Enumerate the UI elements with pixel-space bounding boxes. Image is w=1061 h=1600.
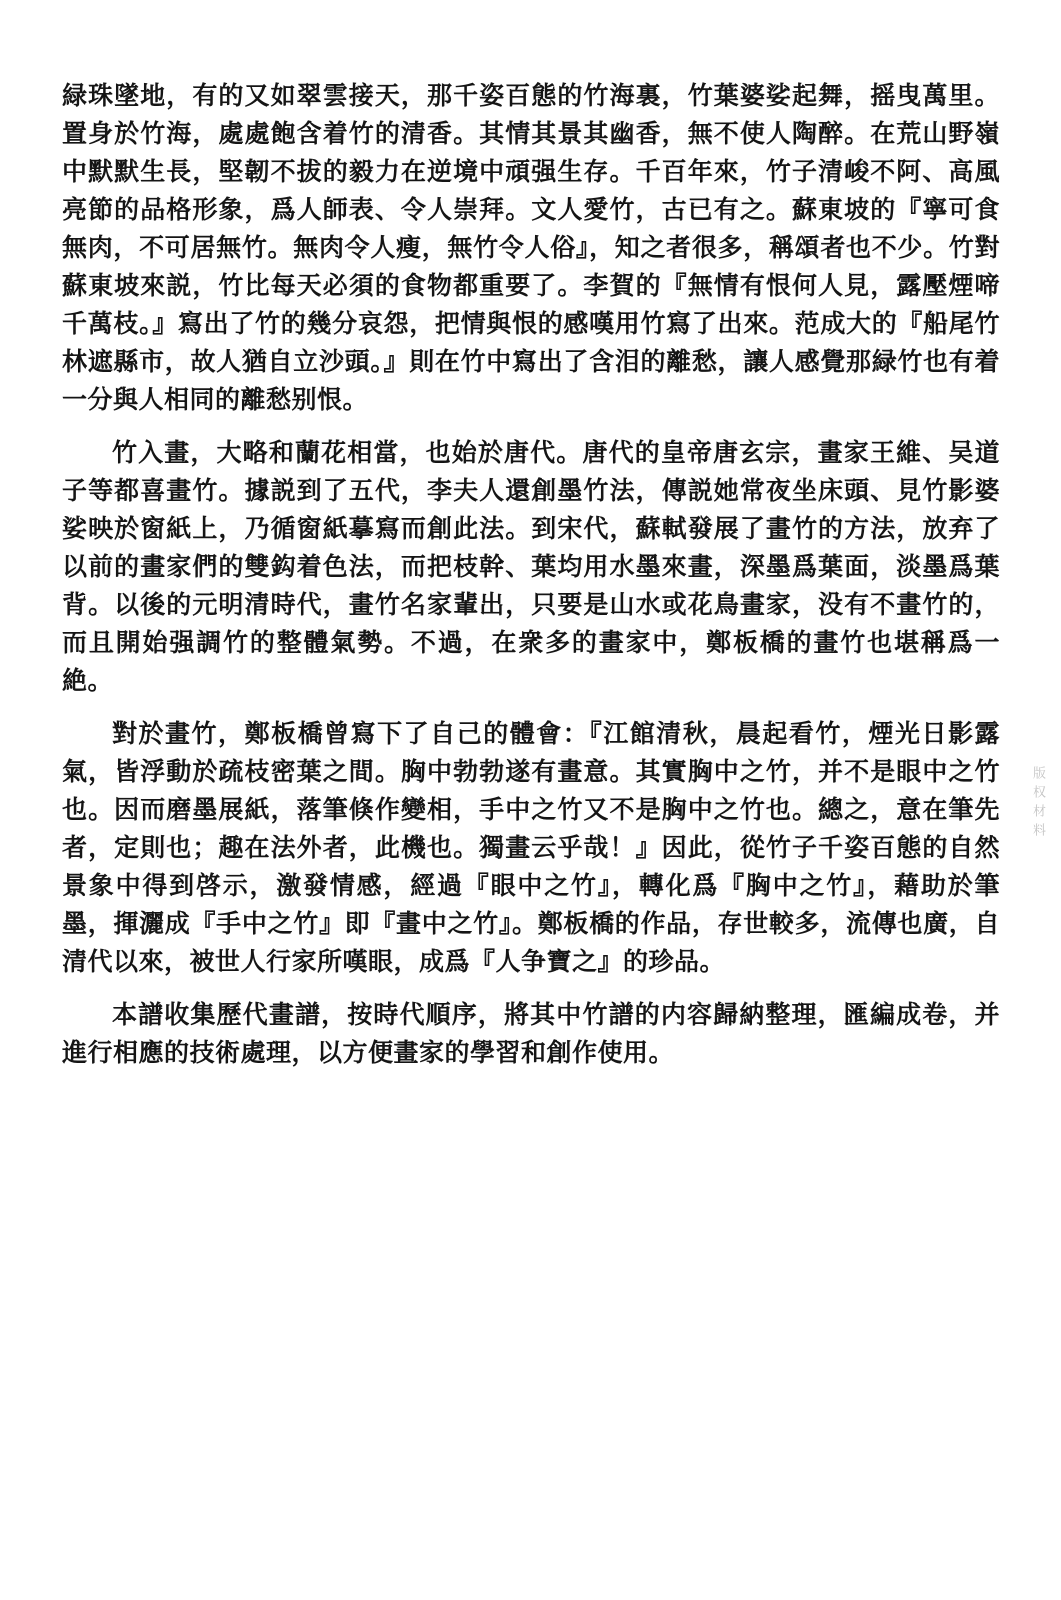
body-text: 緑珠墜地，有的又如翠雲接天，那千姿百態的竹海裏，竹葉婆娑起舞，摇曳萬里。置身於竹… xyxy=(62,77,1000,1087)
paragraph-2: 竹入畫，大略和蘭花相當，也始於唐代。唐代的皇帝唐玄宗，畫家王維、吴道子等都喜畫竹… xyxy=(62,434,1000,700)
scanned-book-page: 緑珠墜地，有的又如翠雲接天，那千姿百態的竹海裏，竹葉婆娑起舞，摇曳萬里。置身於竹… xyxy=(0,0,1061,1600)
paragraph-3: 對於畫竹，鄭板橋曾寫下了自己的體會：『江館清秋，晨起看竹，煙光日影露氣，皆浮動於… xyxy=(62,715,1000,981)
copyright-watermark: 版权材料 xyxy=(1029,766,1048,842)
paragraph-1: 緑珠墜地，有的又如翠雲接天，那千姿百態的竹海裏，竹葉婆娑起舞，摇曳萬里。置身於竹… xyxy=(62,77,1000,419)
paragraph-4: 本譜收集歷代畫譜，按時代順序，將其中竹譜的内容歸納整理，匯編成卷，并進行相應的技… xyxy=(62,996,1000,1072)
